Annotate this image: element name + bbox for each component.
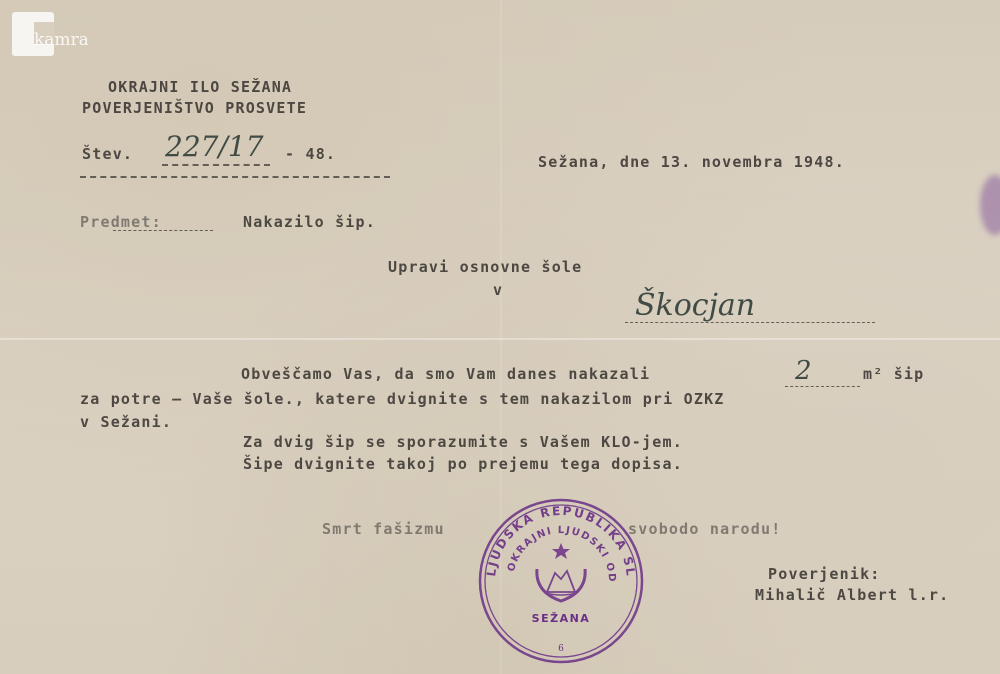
stamp-center-text: SEŽANA — [532, 612, 591, 625]
subject-value: Nakazilo šip. — [243, 213, 376, 231]
body-p1-line3: v Sežani. — [80, 413, 172, 431]
body-p2-line2: Šipe dvignite takoj po prejemu tega dopi… — [243, 455, 683, 473]
recipient-line2: v — [493, 281, 503, 299]
logo-text: kamra — [34, 30, 89, 50]
subject-label: Predmet: — [80, 213, 162, 231]
reference-year: - 48. — [285, 145, 336, 163]
issuer-line1: OKRAJNI ILO SEŽANA — [108, 78, 292, 96]
ink-stain — [980, 175, 1000, 235]
reference-label: Štev. — [82, 145, 133, 163]
signer-name: Mihalič Albert l.r. — [755, 586, 949, 604]
issuer-line2: POVERJENIŠTVO PROSVETE — [82, 99, 307, 117]
slogan-part2: svobodo narodu! — [628, 520, 781, 538]
kamra-logo: kamra — [12, 12, 107, 60]
header-rule — [80, 176, 390, 178]
body-p1-unit: m² šip — [863, 365, 924, 383]
coat-of-arms-icon — [537, 543, 585, 601]
signer-title: Poverjenik: — [768, 565, 881, 583]
document-date: Sežana, dne 13. novembra 1948. — [538, 153, 845, 171]
body-p2-line1: Za dvig šip se sporazumite s Vašem KLO-j… — [243, 433, 683, 451]
official-stamp: LJUDSKA REPUBLIKA SLOVENIJA OKRAJNI LJUD… — [477, 497, 645, 665]
slogan-part1: Smrt fašizmu — [322, 520, 445, 538]
body-p1-line2: za potre — Vaše šole., katere dvignite s… — [80, 390, 725, 408]
recipient-line1: Upravi osnovne šole — [388, 258, 582, 276]
reference-number: 227/17 — [165, 130, 264, 163]
body-p1-line1: Obveščamo Vas, da smo Vam danes nakazali — [241, 365, 650, 383]
stamp-number: 6 — [558, 644, 564, 654]
quantity: 2 — [795, 356, 812, 386]
recipient-place: Škocjan — [635, 288, 755, 323]
